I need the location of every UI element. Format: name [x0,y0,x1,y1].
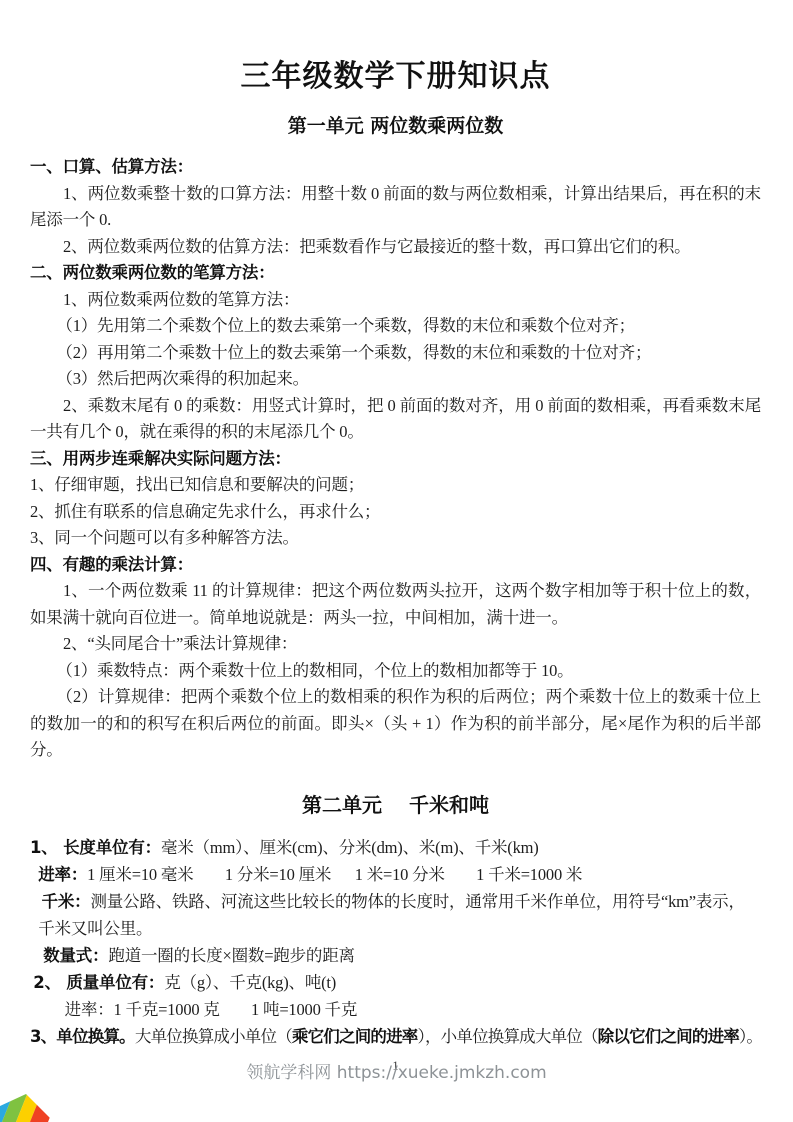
paragraph-mass-units: 2、 质量单位有：克（g）、千克(kg)、吨(t) [33,969,761,996]
unit-conversion-text-1: 大单位换算成小单位（ [135,1027,292,1046]
unit-conversion-text-3: ）。 [739,1027,762,1046]
mass-units-value: 克（g）、千克(kg)、吨(t) [164,973,336,992]
unit2-body: 1、 长度单位有：毫米（mm）、厘米(cm)、分米(dm)、米(m)、千米(km… [30,834,761,1050]
length-units-value: 毫米（mm）、厘米(cm)、分米(dm)、米(m)、千米(km) [161,838,539,857]
paragraph-s3-2: 2、抓住有联系的信息确定先求什么，再求什么； [30,499,761,526]
paragraph-s3-3: 3、同一个问题可以有多种解答方法。 [30,525,761,552]
section-2-heading: 二、两位数乘两位数的笔算方法： [30,260,761,287]
unit1-body: 一、口算、估算方法： 1、两位数乘整十数的口算方法：用整十数 0 前面的数与两位… [30,154,761,764]
length-rate-values: 1 厘米=10 毫米 1 分米=10 厘米 1 米=10 分米 1 千米=100… [87,865,582,884]
paragraph-mass-rates: 进率：1 千克=1000 克 1 吨=1000 千克 [65,996,761,1023]
unit2-heading: 第二单元 千米和吨 [30,790,761,820]
formula-label: 数量式： [43,946,108,965]
unit1-heading: 第一单元 两位数乘两位数 [30,112,761,140]
paragraph-s3-1: 1、仔细审题，找出已知信息和要解决的问题； [30,472,761,499]
paragraph-s1-2: 2、两位数乘两位数的估算方法：把乘数看作与它最接近的整十数，再口算出它们的积。 [30,234,761,261]
footer-site-text: 领航学科网 https://xueke.jmkzh.com [246,1063,546,1083]
paragraph-kilometer-line2: 千米又叫公里。 [38,915,761,942]
site-logo-icon [0,1092,56,1122]
paragraph-s1-1: 1、两位数乘整十数的口算方法：用整十数 0 前面的数与两位数相乘，计算出结果后，… [30,181,761,234]
paragraph-s4-2: 2、“头同尾合十”乘法计算规律： [30,631,761,658]
paragraph-s4-1: 1、一个两位数乘 11 的计算规律：把这个两位数两头拉开，这两个数字相加等于积十… [30,578,761,631]
paragraph-length-units: 1、 长度单位有：毫米（mm）、厘米(cm)、分米(dm)、米(m)、千米(km… [30,834,761,861]
paragraph-s4-3: （1）乘数特点：两个乘数十位上的数相同，个位上的数相加都等于 10。 [30,658,761,685]
page-title: 三年级数学下册知识点 [30,56,761,98]
length-units-label: 1、 长度单位有： [30,838,161,857]
paragraph-s2-5: 2、乘数末尾有 0 的乘数：用竖式计算时，把 0 前面的数对齐，用 0 前面的数… [30,393,761,446]
paragraph-s2-1: 1、两位数乘两位数的笔算方法： [30,287,761,314]
paragraph-kilometer: 千米：测量公路、铁路、河流这些比较长的物体的长度时，通常用千米作单位，用符号“k… [42,888,761,915]
unit-conversion-label: 3、单位换算。 [30,1027,135,1046]
document-inner: 三年级数学下册知识点 第一单元 两位数乘两位数 一、口算、估算方法： 1、两位数… [0,56,793,1074]
paragraph-s2-3: （2）再用第二个乘数十位上的数去乘第一个乘数，得数的末位和乘数的十位对齐； [30,340,761,367]
paragraph-s2-2: （1）先用第二个乘数个位上的数去乘第一个乘数，得数的末位和乘数个位对齐； [30,313,761,340]
paragraph-unit-conversion: 3、单位换算。大单位换算成小单位（乘它们之间的进率），小单位换算成大单位（除以它… [30,1023,761,1050]
unit-conversion-bold-2: 除以它们之间的进率 [598,1027,739,1046]
length-rate-label: 进率： [38,865,87,884]
section-3-heading: 三、用两步连乘解决实际问题方法： [30,446,761,473]
footer-watermark: 领航学科网 https://xueke.jmkzh.com [0,1060,793,1086]
unit-conversion-text-2: ），小单位换算成大单位（ [418,1027,598,1046]
formula-text: 跑道一圈的长度×圈数=跑步的距离 [108,946,354,965]
kilometer-text: 测量公路、铁路、河流这些比较长的物体的长度时，通常用千米作单位，用符号“km”表… [90,892,744,911]
paragraph-s4-4: （2）计算规律：把两个乘数个位上的数相乘的积作为积的后两位；两个乘数十位上的数乘… [30,684,761,764]
paragraph-formula: 数量式：跑道一圈的长度×圈数=跑步的距离 [43,942,761,969]
mass-units-label: 2、 质量单位有： [33,973,164,992]
kilometer-label: 千米： [42,892,91,911]
unit-conversion-bold-1: 乘它们之间的进率 [292,1027,418,1046]
section-1-heading: 一、口算、估算方法： [30,154,761,181]
paragraph-s2-4: （3）然后把两次乘得的积加起来。 [30,366,761,393]
section-4-heading: 四、有趣的乘法计算： [30,552,761,579]
paragraph-length-rates: 进率：1 厘米=10 毫米 1 分米=10 厘米 1 米=10 分米 1 千米=… [38,861,761,888]
document-page: 三年级数学下册知识点 第一单元 两位数乘两位数 一、口算、估算方法： 1、两位数… [0,0,793,1122]
